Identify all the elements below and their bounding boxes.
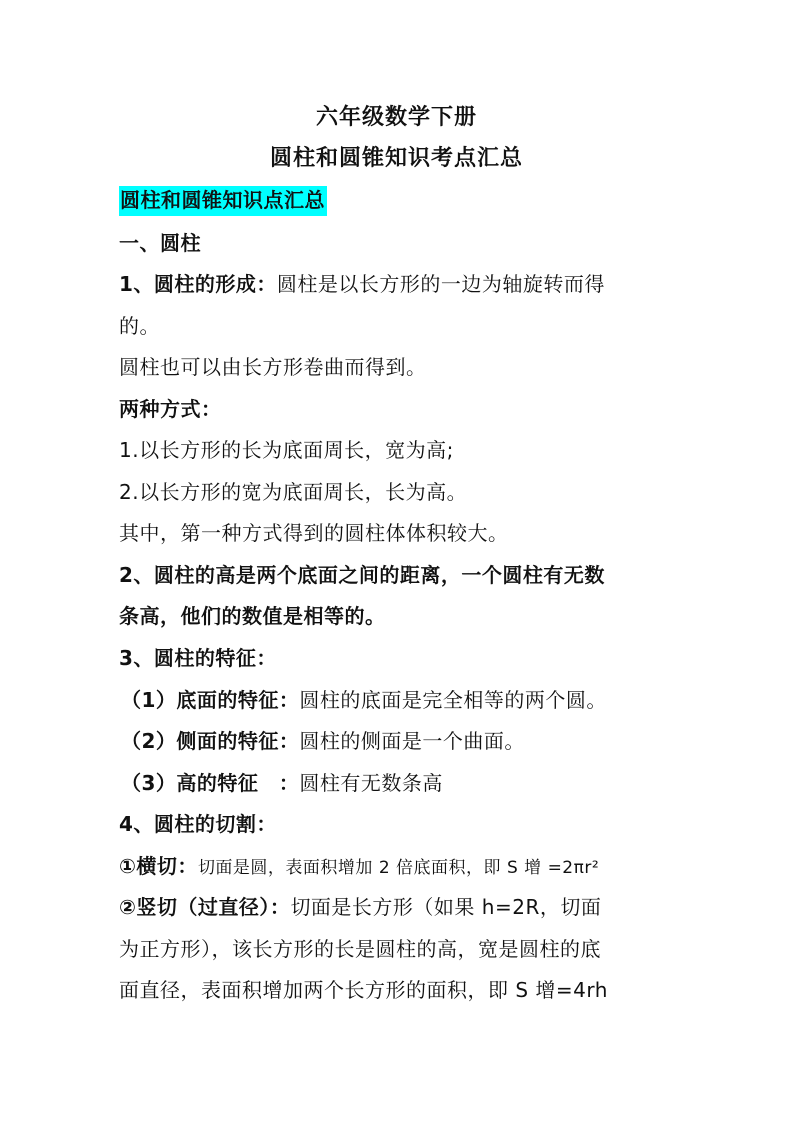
item2-line2: 条高，他们的数值是相等的。 xyxy=(119,602,386,630)
cut-vertical-line1: ②竖切（过直径）：切面是长方形（如果 h=2R，切面 xyxy=(119,893,601,921)
feature-side-text: 圆柱的侧面是一个曲面。 xyxy=(299,729,525,753)
cut-horizontal: ①横切：切面是圆，表面积增加 2 倍底面积，即 S 增 =2πr² xyxy=(119,852,599,882)
highlighted-heading-row: 圆柱和圆锥知识点汇总 xyxy=(119,186,327,214)
item2-line1: 2、圆柱的高是两个底面之间的距离，一个圆柱有无数 xyxy=(119,561,605,589)
cut-vertical-text: 切面是长方形（如果 h=2R，切面 xyxy=(290,895,601,919)
feature-base-text: 圆柱的底面是完全相等的两个圆。 xyxy=(299,688,607,712)
document-page: 六年级数学下册 圆柱和圆锥知识考点汇总 圆柱和圆锥知识点汇总 一、圆柱 1、圆柱… xyxy=(0,0,793,1122)
item1-line3: 圆柱也可以由长方形卷曲而得到。 xyxy=(119,353,427,381)
cut-vertical-line3: 面直径，表面积增加两个长方形的面积，即 S 增=4rh xyxy=(119,976,608,1004)
highlighted-heading: 圆柱和圆锥知识点汇总 xyxy=(119,186,327,216)
feature-height-label: （3）高的特征 ： xyxy=(121,771,299,795)
item3-label: 3、圆柱的特征： xyxy=(119,644,277,672)
cut-vertical-line2: 为正方形），该长方形的长是圆柱的高，宽是圆柱的底 xyxy=(119,935,601,963)
way-1: 1.以长方形的长为底面周长，宽为高; xyxy=(119,436,454,464)
item1-line1: 1、圆柱的形成：圆柱是以长方形的一边为轴旋转而得 xyxy=(119,270,605,298)
feature-side: （2）侧面的特征：圆柱的侧面是一个曲面。 xyxy=(121,727,525,755)
way-2: 2.以长方形的宽为底面周长，长为高。 xyxy=(119,478,467,506)
cut-horizontal-text: 切面是圆，表面积增加 2 倍底面积，即 S 增 =2πr² xyxy=(198,858,599,878)
two-ways-label: 两种方式： xyxy=(119,395,222,423)
item1-line2: 的。 xyxy=(119,312,160,340)
ways-note: 其中，第一种方式得到的圆柱体体积较大。 xyxy=(119,519,509,547)
feature-base-label: （1）底面的特征： xyxy=(121,688,299,712)
cut-horizontal-label: ①横切： xyxy=(119,854,198,878)
feature-height-text: 圆柱有无数条高 xyxy=(299,771,443,795)
feature-base: （1）底面的特征：圆柱的底面是完全相等的两个圆。 xyxy=(121,686,607,714)
feature-height: （3）高的特征 ：圆柱有无数条高 xyxy=(121,769,443,797)
document-title-topic: 圆柱和圆锥知识考点汇总 xyxy=(0,145,793,173)
item4-label: 4、圆柱的切割： xyxy=(119,810,277,838)
section-heading-cylinder: 一、圆柱 xyxy=(119,229,201,257)
item1-label: 1、圆柱的形成： xyxy=(119,272,277,296)
cut-vertical-label: ②竖切（过直径）： xyxy=(119,895,290,919)
feature-side-label: （2）侧面的特征： xyxy=(121,729,299,753)
document-title-grade: 六年级数学下册 xyxy=(0,104,793,132)
item1-text: 圆柱是以长方形的一边为轴旋转而得 xyxy=(277,272,605,296)
